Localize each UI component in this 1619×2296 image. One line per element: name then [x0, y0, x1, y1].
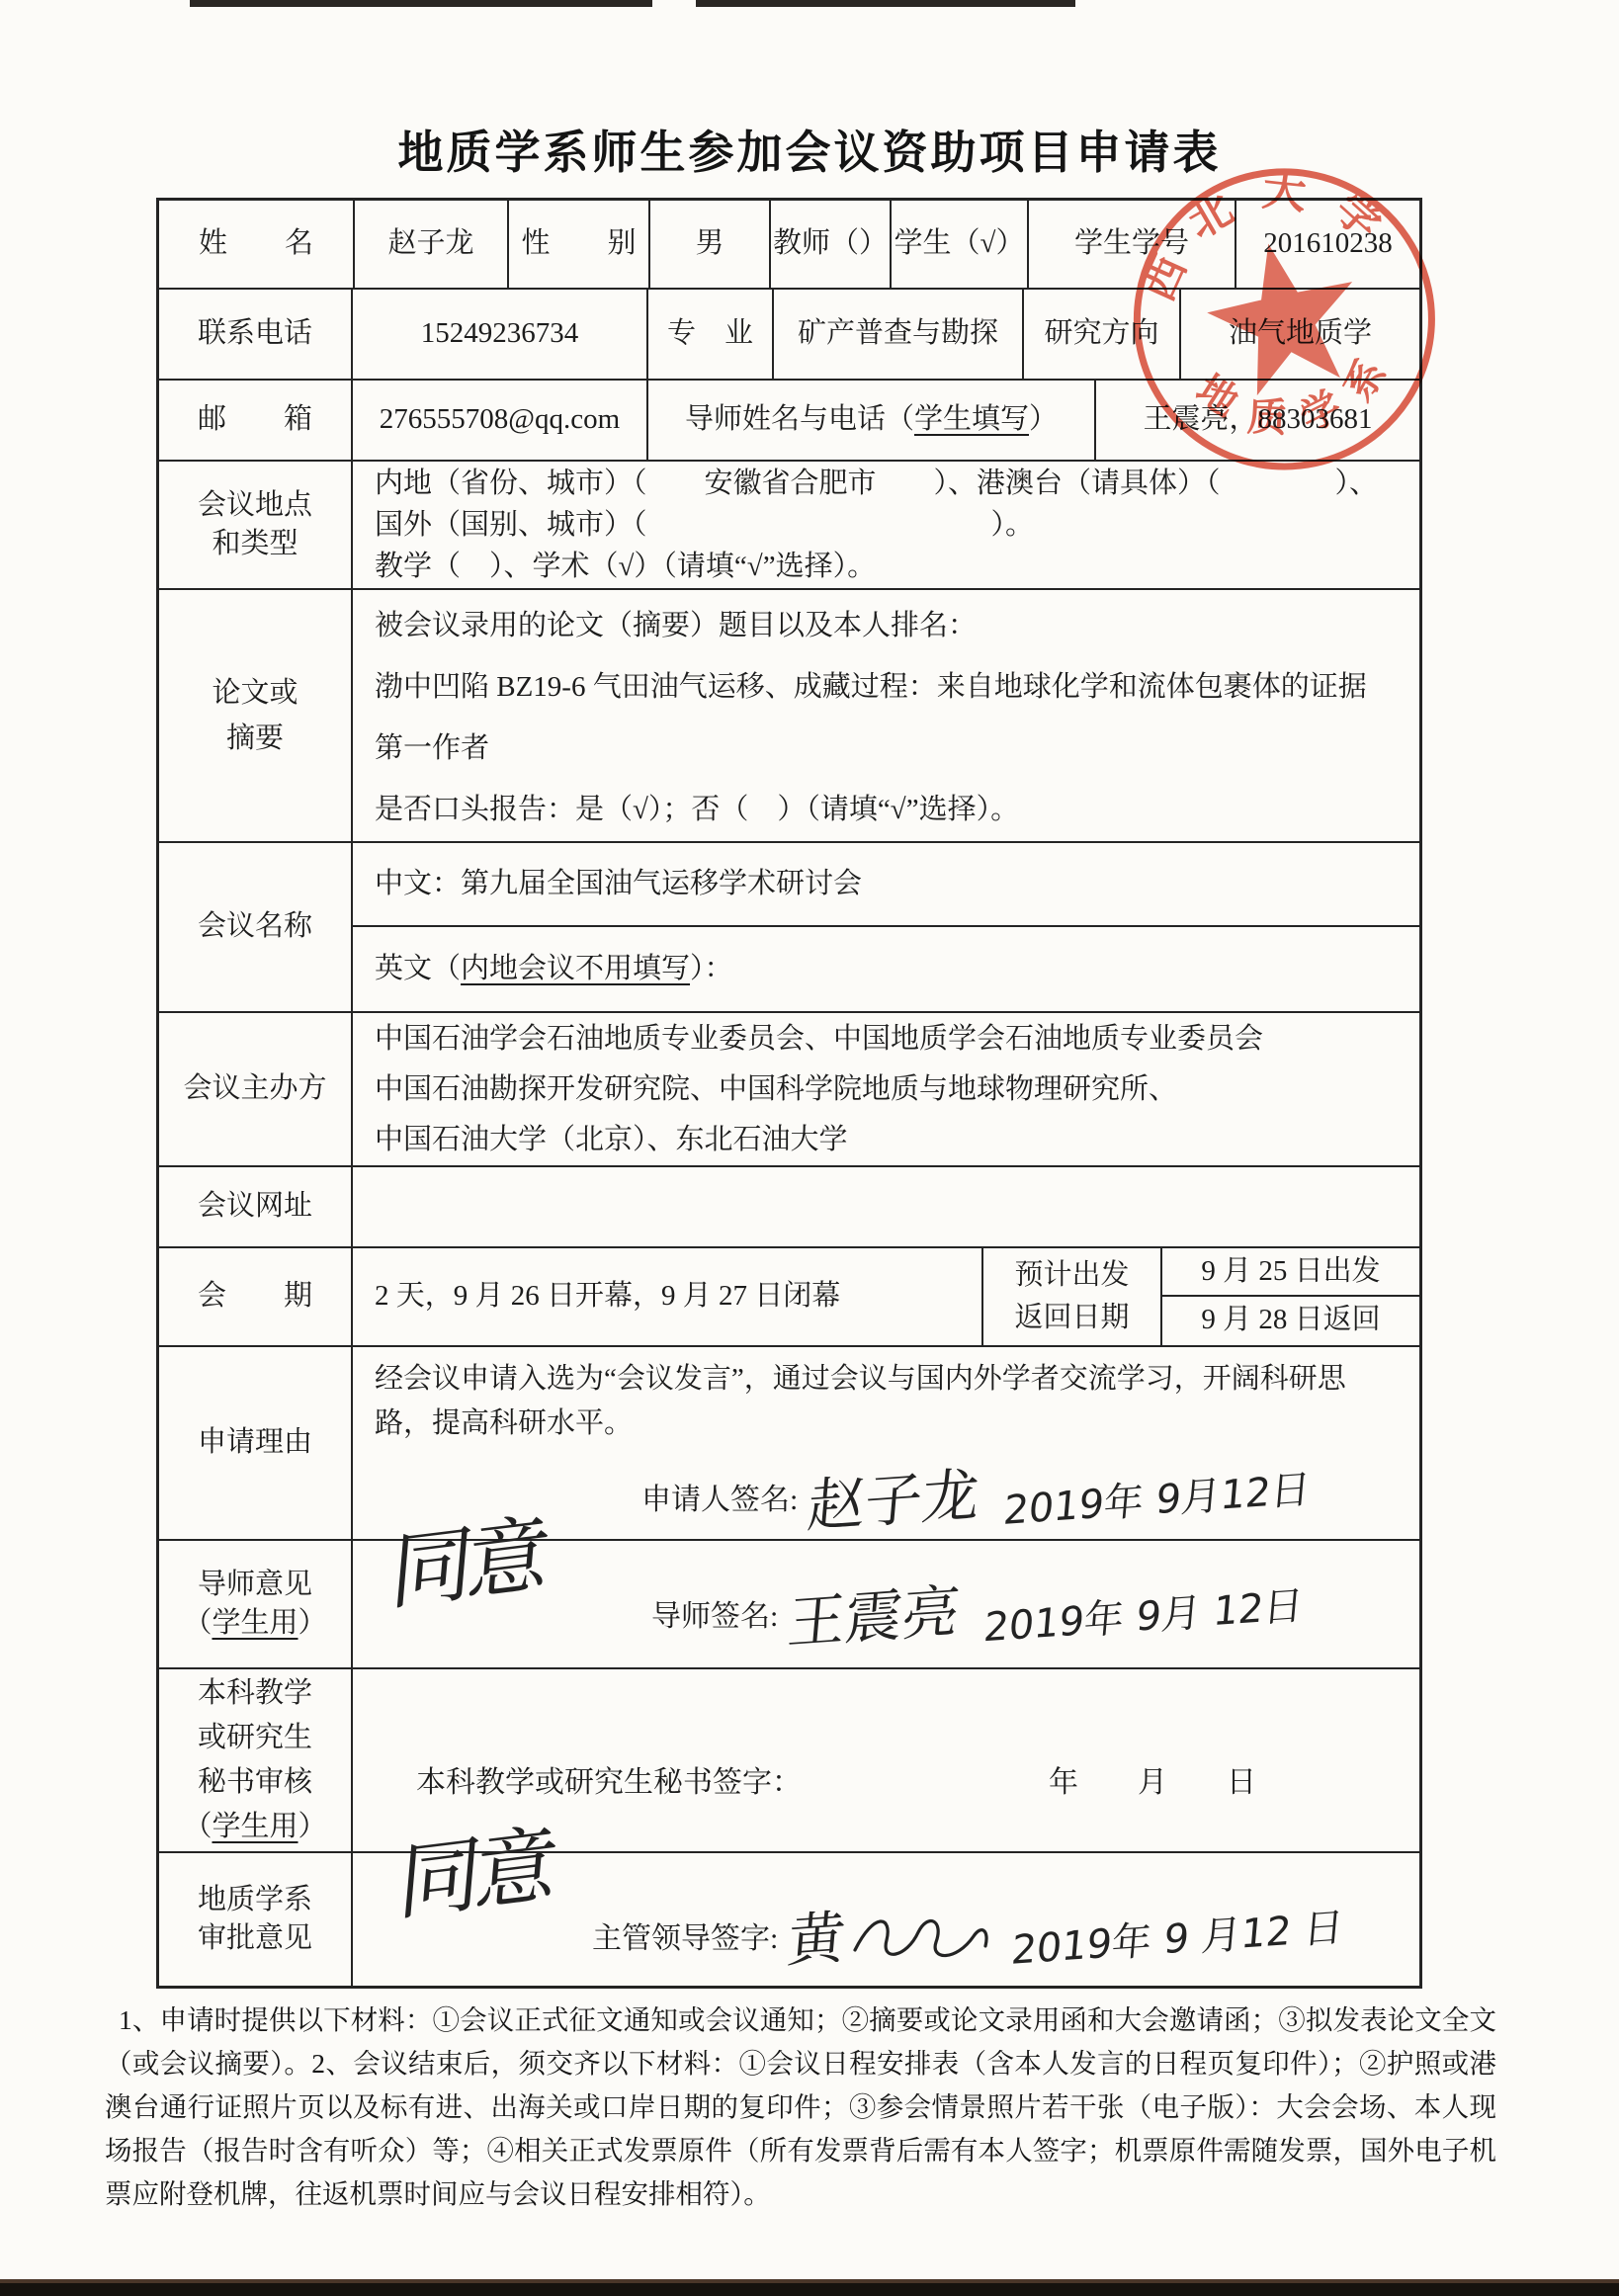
gender-label: 性 别: [509, 201, 650, 288]
table-row-paper: 论文或 摘要 被会议录用的论文（摘要）题目以及本人排名： 渤中凹陷 BZ19-6…: [159, 590, 1419, 843]
location-line2: 国外（国别、城市）（ ）。: [375, 504, 1034, 546]
paper-label-line2: 摘要: [226, 716, 284, 761]
paper-title: 渤中凹陷 BZ19-6 气田油气运移、成藏过程：来自地球化学和流体包裹体的证据: [375, 656, 1367, 718]
duration-label: 会 期: [159, 1248, 353, 1345]
conf-name-cn: 中文：第九届全国油气运移学术研讨会: [353, 843, 1419, 927]
mentor-opinion-content: 同意 导师签名: 王震亮 2019年 9月 12日: [353, 1541, 1419, 1667]
reason-label: 申请理由: [159, 1347, 353, 1539]
mentor-signature: 王震亮: [785, 1572, 964, 1661]
mentor-sign-date: 2019年 9月 12日: [981, 1578, 1306, 1655]
location-content: 内地（省份、城市）（ 安徽省合肥市 ）、港澳台（请具体）（ ）、 国外（国别、城…: [353, 462, 1419, 588]
secretary-label: 本科教学 或研究生 秘书审核 （学生用）: [159, 1669, 353, 1851]
location-line1: 内地（省份、城市）（ 安徽省合肥市 ）、港澳台（请具体）（ ）、: [375, 463, 1378, 504]
mentor-label-underlined: 学生填写: [914, 400, 1029, 439]
teacher-checkbox: 教师（）: [771, 201, 892, 288]
conf-name-en-underlined: 内地会议不用填写: [461, 950, 690, 988]
host-line3: 中国石油大学（北京）、东北石油大学: [375, 1115, 848, 1165]
scan-artifact-top: [696, 0, 1075, 7]
applicant-sign-line: 申请人签名: 赵子龙 2019年 9月12日: [641, 1462, 1311, 1539]
mentor-sign-line: 导师签名: 王震亮 2019年 9月 12日: [651, 1578, 1304, 1656]
applicant-signature: 赵子龙: [805, 1456, 983, 1546]
mentor-approve-handwriting: 同意: [387, 1515, 548, 1614]
host-line1: 中国石油学会石油地质专业委员会、中国地质学会石油地质专业委员会: [375, 1014, 1263, 1064]
location-label-line2: 和类型: [212, 525, 298, 563]
table-row-host: 会议主办方 中国石油学会石油地质专业委员会、中国地质学会石油地质专业委员会 中国…: [159, 1013, 1419, 1167]
footer-notes: 1、申请时提供以下材料：①会议正式征文通知或会议通知；②摘要或论文录用函和大会邀…: [105, 1998, 1496, 2216]
scan-artifact-bottom: [0, 2279, 1619, 2296]
application-table: 姓 名 赵子龙 性 别 男 教师（） 学生（√） 学生学号 201610238 …: [156, 198, 1422, 1989]
mentor-opinion-paren-close: ）: [298, 1607, 327, 1639]
mentor-sign-label: 导师签名:: [651, 1597, 778, 1638]
page-title: 地质学系师生参加会议资助项目申请表: [0, 117, 1619, 182]
duration-value: 2 天，9 月 26 日开幕，9 月 27 日闭幕: [353, 1248, 983, 1345]
secretary-underlined: 学生用: [212, 1811, 298, 1842]
mentor-field-label: 导师姓名与电话（学生填写）: [648, 381, 1096, 460]
secretary-label-line2: 或研究生: [198, 1716, 312, 1760]
mentor-opinion-label-line1: 导师意见: [198, 1566, 312, 1604]
direction-label: 研究方向: [1024, 290, 1181, 379]
table-row-reason: 申请理由 经会议申请入选为“会议发言”，通过会议与国内外学者交流学习，开阔科研思…: [159, 1347, 1419, 1541]
applicant-sign-date: 2019年 9月12日: [1001, 1463, 1313, 1538]
location-label-line1: 会议地点: [198, 486, 312, 525]
student-id-label: 学生学号: [1029, 201, 1236, 288]
direction-value: 油气地质学: [1181, 290, 1419, 379]
location-line3: 教学（ ）、学术（√）（请填“√”选择）。: [375, 546, 876, 587]
conf-name-content: 中文：第九届全国油气运移学术研讨会 英文（内地会议不用填写）：: [353, 843, 1419, 1011]
leader-sign-line: 主管领导签字: 黄 2019年 9 月12 日: [592, 1901, 1344, 1978]
depart-return-dates: 9 月 25 日出发 9 月 28 日返回: [1162, 1248, 1419, 1345]
table-row-secretary: 本科教学 或研究生 秘书审核 （学生用） 本科教学或研究生秘书签字： 年 月 日: [159, 1669, 1419, 1853]
conf-name-en-suffix: ）：: [690, 950, 733, 988]
mentor-opinion-paren-open: （: [183, 1607, 212, 1639]
mentor-opinion-underlined: 学生用: [212, 1607, 298, 1639]
table-row-dept-approval: 地质学系 审批意见 同意 主管领导签字: 黄 2019年 9 月12 日: [159, 1853, 1419, 1986]
dept-label-line2: 审批意见: [198, 1919, 312, 1958]
depart-label-line2: 返回日期: [1014, 1297, 1129, 1340]
name-label: 姓 名: [159, 201, 355, 288]
host-content: 中国石油学会石油地质专业委员会、中国地质学会石油地质专业委员会 中国石油勘探开发…: [353, 1013, 1419, 1165]
table-row-duration: 会 期 2 天，9 月 26 日开幕，9 月 27 日闭幕 预计出发 返回日期 …: [159, 1248, 1419, 1347]
dept-approval-content: 同意 主管领导签字: 黄 2019年 9 月12 日: [353, 1853, 1419, 1986]
secretary-label-line1: 本科教学: [198, 1671, 312, 1716]
return-date: 9 月 28 日返回: [1162, 1297, 1419, 1344]
conf-name-en: 英文（内地会议不用填写）：: [353, 927, 1419, 1011]
secretary-paren-open: （: [183, 1811, 212, 1842]
mentor-opinion-label-line2: （学生用）: [183, 1604, 326, 1643]
depart-return-label: 预计出发 返回日期: [983, 1248, 1162, 1345]
table-row-location: 会议地点 和类型 内地（省份、城市）（ 安徽省合肥市 ）、港澳台（请具体）（ ）…: [159, 462, 1419, 590]
major-value: 矿产普查与勘探: [774, 290, 1024, 379]
gender-value: 男: [650, 201, 771, 288]
location-label: 会议地点 和类型: [159, 462, 353, 588]
table-row-name: 姓 名 赵子龙 性 别 男 教师（） 学生（√） 学生学号 201610238: [159, 201, 1419, 290]
leader-signature-scribble: [849, 1907, 997, 1972]
table-row-website: 会议网址: [159, 1167, 1419, 1248]
scanned-application-form: 地质学系师生参加会议资助项目申请表 姓 名 赵子龙 性 别 男 教师（） 学生（…: [0, 0, 1619, 2296]
depart-date: 9 月 25 日出发: [1162, 1249, 1419, 1297]
paper-label: 论文或 摘要: [159, 590, 353, 841]
table-row-email: 邮 箱 276555708@qq.com 导师姓名与电话（学生填写） 王震亮，8…: [159, 381, 1419, 462]
table-row-mentor-opinion: 导师意见 （学生用） 同意 导师签名: 王震亮 2019年 9月 12日: [159, 1541, 1419, 1669]
secretary-date-blank: 年 月 日: [1049, 1763, 1256, 1804]
reason-text: 经会议申请入选为“会议发言”，通过会议与国内外学者交流学习，开阔科研思路，提高科…: [375, 1357, 1419, 1446]
mentor-label-prefix: 导师姓名与电话（: [685, 400, 914, 439]
leader-sign-label: 主管领导签字:: [592, 1919, 778, 1960]
major-label: 专 业: [648, 290, 774, 379]
website-label: 会议网址: [159, 1167, 353, 1246]
mentor-value: 王震亮，88303681: [1096, 381, 1419, 460]
dept-approve-handwriting: 同意: [395, 1826, 555, 1924]
conf-name-en-prefix: 英文（: [375, 950, 461, 988]
paper-prompt: 被会议录用的论文（摘要）题目以及本人排名：: [375, 595, 977, 656]
paper-author-rank: 第一作者: [375, 718, 489, 779]
paper-content: 被会议录用的论文（摘要）题目以及本人排名： 渤中凹陷 BZ19-6 气田油气运移…: [353, 590, 1419, 841]
host-label: 会议主办方: [159, 1013, 353, 1165]
paper-oral-report: 是否口头报告：是（√）；否（ ）（请填“√”选择）。: [375, 779, 1019, 840]
name-value: 赵子龙: [355, 201, 509, 288]
secretary-label-line4: （学生用）: [183, 1805, 326, 1849]
paper-label-line1: 论文或: [212, 670, 298, 716]
dept-label-line1: 地质学系: [198, 1881, 312, 1919]
host-line2: 中国石油勘探开发研究院、中国科学院地质与地球物理研究所、: [375, 1064, 1177, 1115]
phone-value: 15249236734: [353, 290, 648, 379]
student-checkbox: 学生（√）: [892, 201, 1029, 288]
scan-artifact-top: [190, 0, 652, 7]
dept-approval-label: 地质学系 审批意见: [159, 1853, 353, 1986]
table-row-conf-name: 会议名称 中文：第九届全国油气运移学术研讨会 英文（内地会议不用填写）：: [159, 843, 1419, 1013]
secretary-label-line3: 秘书审核: [198, 1760, 312, 1805]
secretary-sign-label: 本科教学或研究生秘书签字：: [416, 1763, 802, 1804]
secretary-paren-close: ）: [298, 1811, 327, 1842]
email-label: 邮 箱: [159, 381, 353, 460]
mentor-label-suffix: ）: [1029, 400, 1058, 439]
depart-label-line1: 预计出发: [1014, 1254, 1129, 1298]
applicant-sign-label: 申请人签名:: [641, 1481, 798, 1521]
website-value: [353, 1167, 1419, 1246]
email-value: 276555708@qq.com: [353, 381, 648, 460]
student-id-value: 201610238: [1236, 201, 1419, 288]
conf-name-label: 会议名称: [159, 843, 353, 1011]
leader-signature: 黄: [785, 1898, 849, 1980]
mentor-opinion-label: 导师意见 （学生用）: [159, 1541, 353, 1667]
phone-label: 联系电话: [159, 290, 353, 379]
leader-sign-date: 2019年 9 月12 日: [1009, 1901, 1345, 1978]
table-row-phone: 联系电话 15249236734 专 业 矿产普查与勘探 研究方向 油气地质学: [159, 290, 1419, 381]
